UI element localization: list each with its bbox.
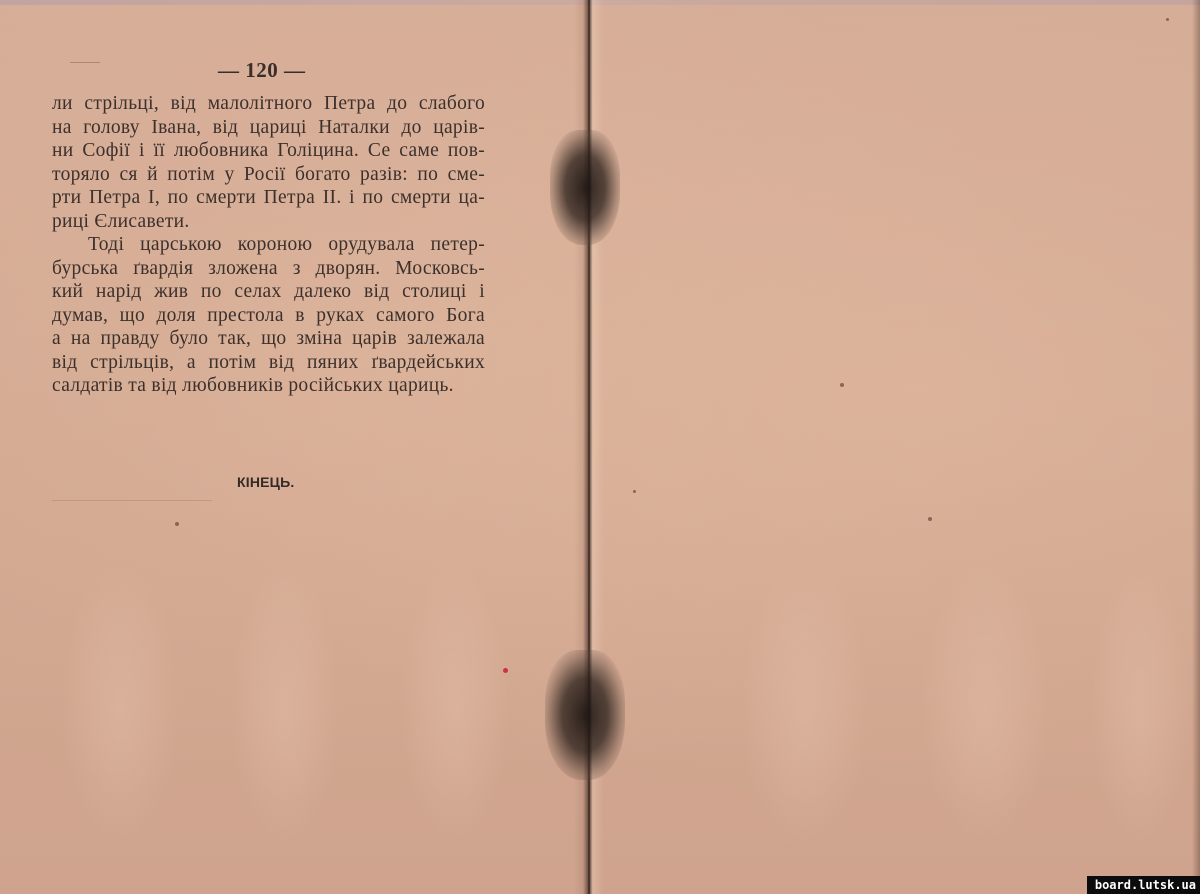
watermark: board.lutsk.ua	[1087, 876, 1200, 894]
text-line: салдатів та від любовників російських ца…	[52, 374, 485, 398]
text-line: думав, що доля престола в руках самого Б…	[52, 304, 485, 328]
paper-speck	[1166, 18, 1169, 21]
binding-hole-top	[550, 130, 620, 245]
faint-mark	[52, 500, 212, 501]
text-line: ли стрільці, від малолітного Петра до сл…	[52, 92, 485, 116]
end-mark: КІНЕЦЬ.	[237, 474, 294, 490]
binding-hole-bottom	[545, 650, 625, 780]
text-line: на голову Івана, від цариці Наталки до ц…	[52, 116, 485, 140]
book-spread: — 120 — ли стрільці, від малолітного Пет…	[0, 0, 1200, 894]
paper-wrinkle	[60, 560, 180, 860]
text-line: кий нарід жив по селах далеко від столиц…	[52, 280, 485, 304]
paragraph: Тоді царською короною орудувала петер-бу…	[52, 233, 485, 398]
text-line: Тоді царською короною орудувала петер-	[52, 233, 485, 257]
right-page	[590, 0, 1200, 894]
paper-speck	[175, 522, 179, 526]
paper-speck	[840, 383, 844, 387]
text-line: риці Єлисавети.	[52, 210, 485, 234]
paper-wrinkle	[230, 560, 340, 860]
text-line: бурська ґвардія зложена з дворян. Москов…	[52, 257, 485, 281]
left-page: — 120 — ли стрільці, від малолітного Пет…	[0, 0, 585, 894]
page-text: ли стрільці, від малолітного Петра до сл…	[52, 92, 485, 398]
faint-mark	[70, 62, 100, 63]
text-line: рти Петра І, по смерти Петра ІІ. і по см…	[52, 186, 485, 210]
paper-speck	[633, 490, 636, 493]
paper-wrinkle	[1090, 560, 1190, 860]
page-right-edge	[1192, 0, 1200, 894]
paper-wrinkle	[740, 560, 870, 860]
text-line: а на правду було так, що зміна царів зал…	[52, 327, 485, 351]
text-line: торяло ся й потім у Росії богато разів: …	[52, 163, 485, 187]
paragraph: ли стрільці, від малолітного Петра до сл…	[52, 92, 485, 233]
paper-wrinkle	[920, 560, 1050, 860]
paper-speck	[928, 517, 932, 521]
ink-speck	[503, 668, 508, 673]
page-number: — 120 —	[218, 58, 306, 83]
paper-wrinkle	[400, 560, 510, 860]
text-line: ни Софії і її любовника Голіцина. Се сам…	[52, 139, 485, 163]
text-line: від стрільців, а потім від пяних ґвардей…	[52, 351, 485, 375]
